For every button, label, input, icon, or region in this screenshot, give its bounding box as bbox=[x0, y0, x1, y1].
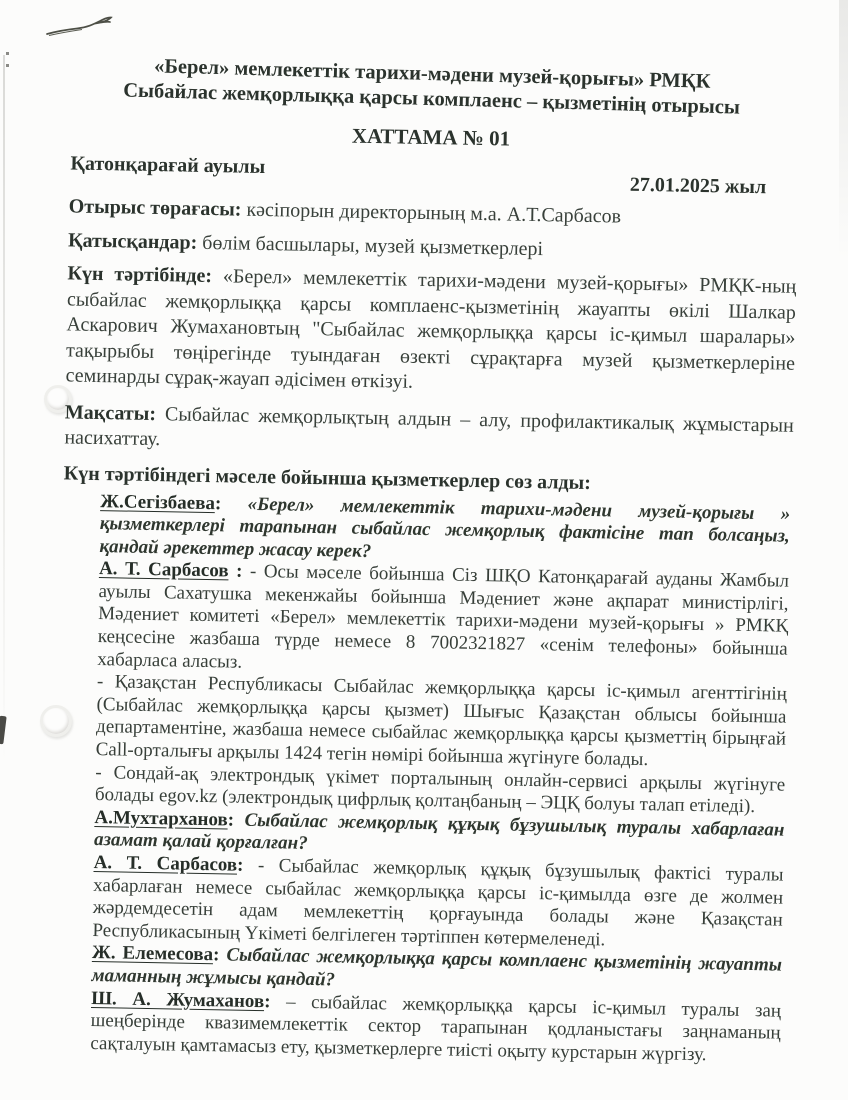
speaker-name: А.Мухтарханов bbox=[94, 807, 228, 830]
place-date-row: Қатонқарағай ауылы 27.01.2025 жыл bbox=[70, 152, 767, 199]
goal-label: Мақсаты: bbox=[65, 401, 156, 425]
participants-line: Қатысқандар: бөлім басшылары, музей қызм… bbox=[68, 227, 797, 266]
qa-block: Ж.Сегізбаева: «Берел» мемлекеттік тарихи… bbox=[90, 491, 790, 1068]
chairman-label: Отырыс төрағасы: bbox=[68, 195, 241, 220]
document-title: «Берел» мемлекеттік тарихи-мәдени музей-… bbox=[65, 52, 798, 122]
meeting-place: Қатонқарағай ауылы bbox=[70, 152, 265, 190]
goal-text: Сыбайлас жемқорлықтың алдын – алу, профи… bbox=[64, 403, 794, 450]
speaker-name: Ж. Елемесова bbox=[92, 942, 213, 965]
protocol-number: ХАТТАМА № 01 bbox=[7, 117, 848, 158]
answer-text: - Қазақстан Республикасы Сыбайлас жемқор… bbox=[96, 671, 788, 770]
question-paragraph: Ж.Сегізбаева: «Берел» мемлекеттік тарихи… bbox=[99, 491, 790, 571]
agenda-label: Күн тәртібінде: bbox=[67, 262, 212, 287]
speaker-name: Ж.Сегізбаева bbox=[100, 491, 215, 514]
speaker-name: Ш. А. Жумаханов bbox=[91, 988, 264, 1012]
chairman-line: Отырыс төрағасы: кәсіпорын директорының … bbox=[68, 193, 797, 232]
chairman-value: кәсіпорын директорының м.а. А.Т.Сарбасов bbox=[246, 199, 621, 228]
answer-paragraph: А. Т. Сарбасов: - Сыбайлас жемқорлық құқ… bbox=[92, 852, 784, 955]
speaker-name: А. Т. Сарбасов bbox=[93, 852, 237, 876]
speaker-name: А. Т. Сарбасов bbox=[99, 558, 229, 581]
answer-paragraph: А. Т. Сарбасов : - Осы мәселе бойынша Сі… bbox=[97, 558, 789, 684]
scanned-document-page: «Берел» мемлекеттік тарихи-мәдени музей-… bbox=[0, 0, 848, 1100]
agenda-paragraph: Күн тәртібінде: «Берел» мемлекеттік тари… bbox=[65, 261, 796, 402]
participants-label: Қатысқандар: bbox=[68, 229, 198, 253]
answer-paragraph: - Қазақстан Республикасы Сыбайлас жемқор… bbox=[96, 671, 788, 774]
document-content: «Берел» мемлекеттік тарихи-мәдени музей-… bbox=[0, 0, 848, 1069]
meeting-date: 27.01.2025 жыл bbox=[630, 174, 767, 199]
answer-paragraph: Ш. А. Жумаханов: – сыбайлас жемқорлыққа … bbox=[90, 988, 781, 1068]
goal-paragraph: Мақсаты: Сыбайлас жемқорлықтың алдын – а… bbox=[64, 400, 794, 464]
participants-value: бөлім басшылары, музей қызметкерлері bbox=[202, 232, 543, 260]
